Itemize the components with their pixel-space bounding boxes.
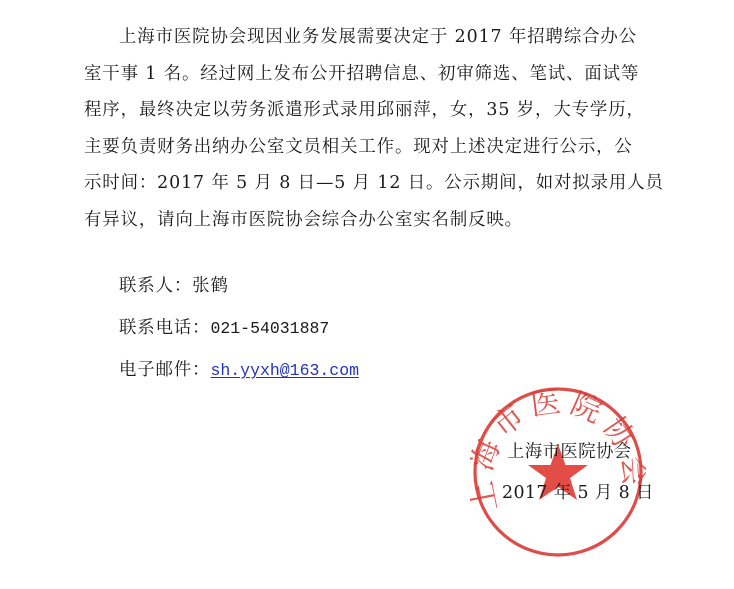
contact-phone: 联系电话：021-54031887 [119, 317, 329, 340]
paragraph-line: 示时间：2017 年 5 月 8 日—5 月 12 日。公示期间，如对拟录用人员 [84, 165, 636, 202]
paragraph-line: 上海市医院协会现因业务发展需要决定于 2017 年招聘综合办公 [84, 19, 636, 56]
notice-paragraph: 上海市医院协会现因业务发展需要决定于 2017 年招聘综合办公 室干事 1 名。… [84, 19, 636, 239]
email-link[interactable]: sh.yyxh@163.com [210, 361, 359, 380]
contact-person: 联系人：张鹤 [119, 275, 229, 297]
contact-person-label: 联系人： [119, 276, 192, 296]
paragraph-line: 程序，最终决定以劳务派遣形式录用邱丽萍，女，35 岁，大专学历， [84, 92, 636, 129]
contact-phone-label: 联系电话： [119, 318, 210, 338]
signature-organization: 上海市医院协会 [507, 441, 632, 463]
paragraph-line: 主要负责财务出纳办公室文员相关工作。现对上述决定进行公示，公 [84, 129, 636, 166]
contact-phone-number: 021-54031887 [210, 319, 329, 338]
contact-person-name: 张鹤 [192, 276, 229, 296]
paragraph-line: 室干事 1 名。经过网上发布公开招聘信息、初审筛选、笔试、面试等 [84, 56, 636, 93]
notice-page: 上海市医院协会现因业务发展需要决定于 2017 年招聘综合办公 室干事 1 名。… [0, 0, 734, 589]
contact-email: 电子邮件：sh.yyxh@163.com [119, 359, 359, 382]
paragraph-line: 有异议，请向上海市医院协会综合办公室实名制反映。 [84, 202, 636, 239]
signature-date: 2017 年 5 月 8 日 [502, 482, 654, 504]
contact-email-label: 电子邮件： [119, 360, 210, 380]
official-seal-stamp: 上海市医院协会 [470, 386, 646, 562]
